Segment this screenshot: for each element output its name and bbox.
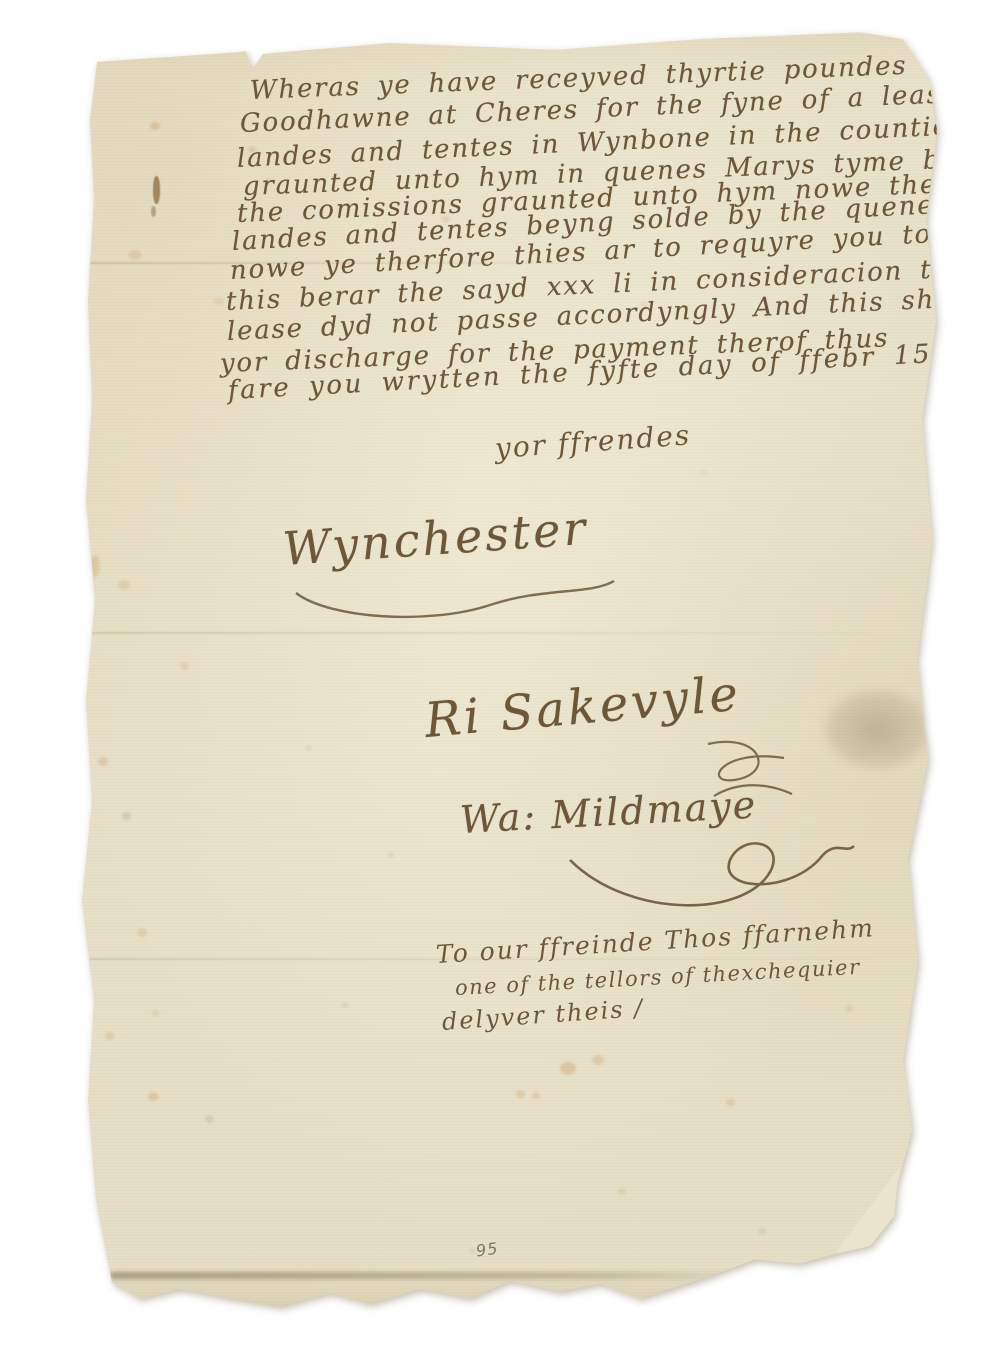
foxing-spot bbox=[98, 757, 108, 766]
foxing-spot bbox=[72, 792, 84, 802]
foxing-spot bbox=[845, 1005, 853, 1012]
signature-sackville: Ri Sakevyle bbox=[423, 666, 743, 749]
folded-corner bbox=[830, 1160, 906, 1256]
manuscript-paper: Wheras ye have receyved thyrtie poundes … bbox=[0, 0, 1000, 1347]
foxing-spot bbox=[758, 1228, 766, 1235]
foxing-spot bbox=[532, 1092, 540, 1099]
foxing-spot bbox=[180, 662, 189, 670]
foxing-spot bbox=[128, 250, 142, 260]
foxing-spot bbox=[305, 745, 312, 751]
foxing-spot bbox=[205, 1115, 214, 1123]
foxing-spot bbox=[214, 297, 224, 305]
signature-winchester: Wynchester bbox=[281, 501, 590, 576]
ink-fleck bbox=[151, 206, 156, 217]
stain-smudge bbox=[822, 688, 932, 770]
foxing-spot bbox=[148, 1092, 159, 1101]
manuscript-photo: Wheras ye have receyved thyrtie poundes … bbox=[0, 0, 1000, 1347]
foxing-spot bbox=[152, 1010, 159, 1016]
signature-mildmay: Wa: Mildmaye bbox=[459, 782, 758, 842]
foxing-spot bbox=[150, 122, 160, 130]
foxing-spot bbox=[726, 1098, 735, 1106]
foxing-spot bbox=[342, 1002, 349, 1008]
signature-flourish bbox=[560, 820, 860, 930]
signature-flourish bbox=[290, 575, 620, 625]
torn-edge-shadow bbox=[110, 1272, 750, 1279]
pencil-annotation: 95 bbox=[475, 1239, 500, 1261]
foxing-spot bbox=[618, 1188, 626, 1195]
fold-crease bbox=[88, 632, 918, 634]
subscription-your-friends: yor ffrendes bbox=[494, 418, 692, 465]
foxing-spot bbox=[700, 470, 707, 476]
foxing-spot bbox=[137, 928, 147, 937]
address-line: delyver theis / bbox=[441, 994, 645, 1036]
foxing-spot bbox=[90, 555, 100, 577]
ink-fleck bbox=[153, 176, 160, 204]
paper-shadow: Wheras ye have receyved thyrtie poundes … bbox=[0, 0, 1000, 1347]
foxing-spot bbox=[388, 852, 394, 858]
foxing-spot bbox=[118, 580, 130, 590]
foxing-spot bbox=[516, 1090, 525, 1098]
foxing-spot bbox=[105, 1032, 114, 1040]
foxing-spot bbox=[592, 1055, 604, 1065]
foxing-spot bbox=[122, 812, 131, 820]
foxing-spot bbox=[63, 820, 71, 828]
foxing-spot bbox=[560, 1062, 576, 1075]
